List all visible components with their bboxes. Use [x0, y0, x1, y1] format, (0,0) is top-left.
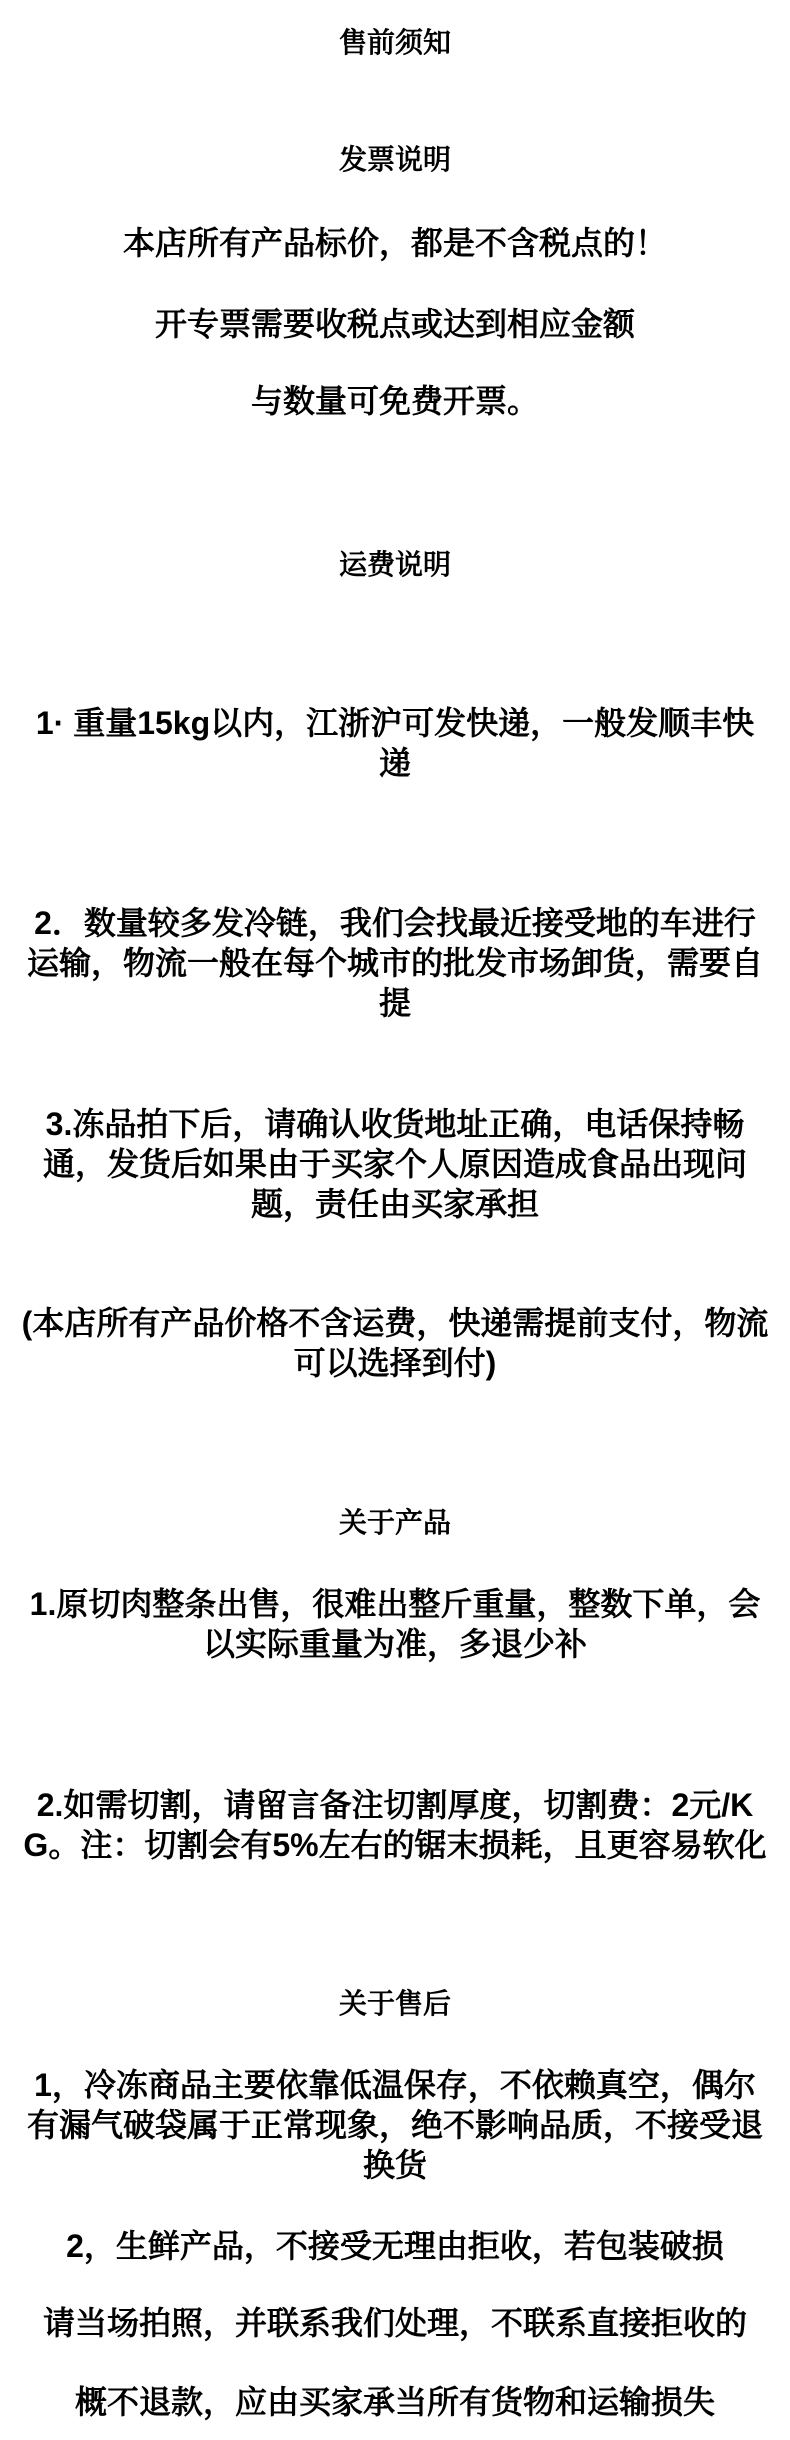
shipping-item-frozen-goods: 3.冻品拍下后，请确认收货地址正确，电话保持畅 通，发货后如果由于买家个人原因造…: [0, 1104, 790, 1224]
shipping-item-cold-chain: 2．数量较多发冷链，我们会找最近接受地的车进行 运输，物流一般在每个城市的批发市…: [0, 903, 790, 1023]
invoice-paragraph-pricing: 本店所有产品标价，都是不含税点的！: [0, 223, 790, 263]
aftersale-item-no-refund: 概不退款，应由买家承当所有货物和运输损失: [0, 2382, 790, 2422]
product-item-whole-cut: 1.原切肉整条出售，很难出整斤重量，整数下单，会 以实际重量为准，多退少补: [0, 1584, 790, 1664]
aftersale-section-heading: 关于售后: [0, 1984, 790, 2024]
aftersale-item-frozen-storage: 1，冷冻商品主要依靠低温保存，不依赖真空，偶尔 有漏气破袋属于正常现象，绝不影响…: [0, 2065, 790, 2185]
product-item-cutting-fee: 2.如需切割，请留言备注切割厚度，切割费：2元/K G。注：切割会有5%左右的锯…: [0, 1785, 790, 1865]
aftersale-item-fresh-rejection: 2，生鲜产品，不接受无理由拒收，若包装破损: [0, 2226, 790, 2266]
invoice-section-heading: 发票说明: [0, 140, 790, 180]
shipping-note-freight: (本店所有产品价格不含运费，快递需提前支付，物流 可以选择到付): [0, 1303, 790, 1383]
shipping-item-express: 1· 重量15kg以内，江浙沪可发快递，一般发顺丰快 递: [0, 703, 790, 783]
aftersale-item-photo-contact: 请当场拍照，并联系我们处理，不联系直接拒收的: [0, 2303, 790, 2343]
invoice-paragraph-free: 与数量可免费开票。: [0, 381, 790, 421]
invoice-paragraph-vat: 开专票需要收税点或达到相应金额: [0, 304, 790, 344]
shipping-section-heading: 运费说明: [0, 545, 790, 585]
page-title: 售前须知: [0, 23, 790, 63]
product-section-heading: 关于产品: [0, 1503, 790, 1543]
presale-notice-page: 售前须知 发票说明 本店所有产品标价，都是不含税点的！ 开专票需要收税点或达到相…: [0, 0, 790, 2440]
